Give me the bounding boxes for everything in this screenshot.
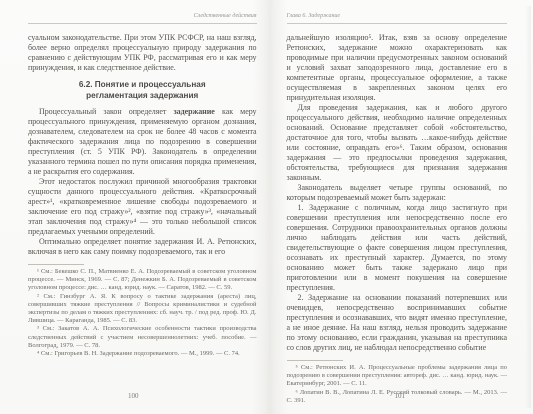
book-photo: Следственные действия суальном законодат…	[0, 0, 533, 414]
paragraph: 2. Задержание на основании показаний пот…	[287, 293, 508, 353]
footnote-separator	[28, 264, 84, 265]
paragraph: Для проведения задержания, как и любого …	[287, 103, 508, 183]
paragraph: Этот недостаток послужил причиной многоо…	[28, 177, 257, 237]
paragraph-text: как меру процессуального принуждения, пр…	[28, 107, 257, 176]
paragraph: 1. Задержание с поличным, когда лицо зас…	[287, 203, 508, 293]
footnote-separator	[287, 360, 343, 361]
footnote: ⁵ См.: Ретюнских И. А. Процессуальные пр…	[287, 364, 508, 389]
paragraph: дальнейшую изоляцию⁵. Итак, взяв за осно…	[287, 33, 508, 103]
body-text-left: суальном законодательстве. При этом УПК …	[28, 33, 257, 257]
page-number-left: 100	[0, 392, 267, 400]
paragraph: Законодатель выделяет четыре группы осно…	[287, 183, 508, 203]
footnotes-left: ¹ См.: Бекешко С. П., Матвиенко Е. А. По…	[28, 268, 257, 358]
paragraph-text: Процессуальный закон определяет	[39, 107, 173, 116]
paragraph: Процессуальный закон определяет задержан…	[28, 107, 257, 177]
footnote: ³ См.: Закатов А. А. Психологические осо…	[28, 325, 257, 350]
section-heading: 6.2. Понятие и процессуальная регламента…	[60, 80, 225, 101]
bold-term: задержание	[173, 107, 214, 116]
page-number-right: 101	[267, 392, 533, 400]
footnote: ¹ См.: Бекешко С. П., Матвиенко Е. А. По…	[28, 268, 257, 293]
footnote: ² См.: Гинзбург А. Я. К вопросу о тактик…	[28, 293, 257, 326]
page-right: Глава 6. Задержание дальнейшую изоляцию⁵…	[267, 0, 533, 414]
running-head-right: Глава 6. Задержание	[287, 13, 508, 24]
body-text-right: дальнейшую изоляцию⁵. Итак, взяв за осно…	[287, 33, 508, 353]
paragraph: Оптимально определяет понятие задержания…	[28, 237, 257, 257]
page-left: Следственные действия суальном законодат…	[0, 0, 267, 414]
footnote: ⁴ См.: Григорьев В. Н. Задержание подозр…	[28, 350, 257, 358]
book-spread: Следственные действия суальном законодат…	[0, 0, 533, 414]
paragraph: суальном законодательстве. При этом УПК …	[28, 33, 257, 73]
running-head-left: Следственные действия	[28, 13, 257, 24]
